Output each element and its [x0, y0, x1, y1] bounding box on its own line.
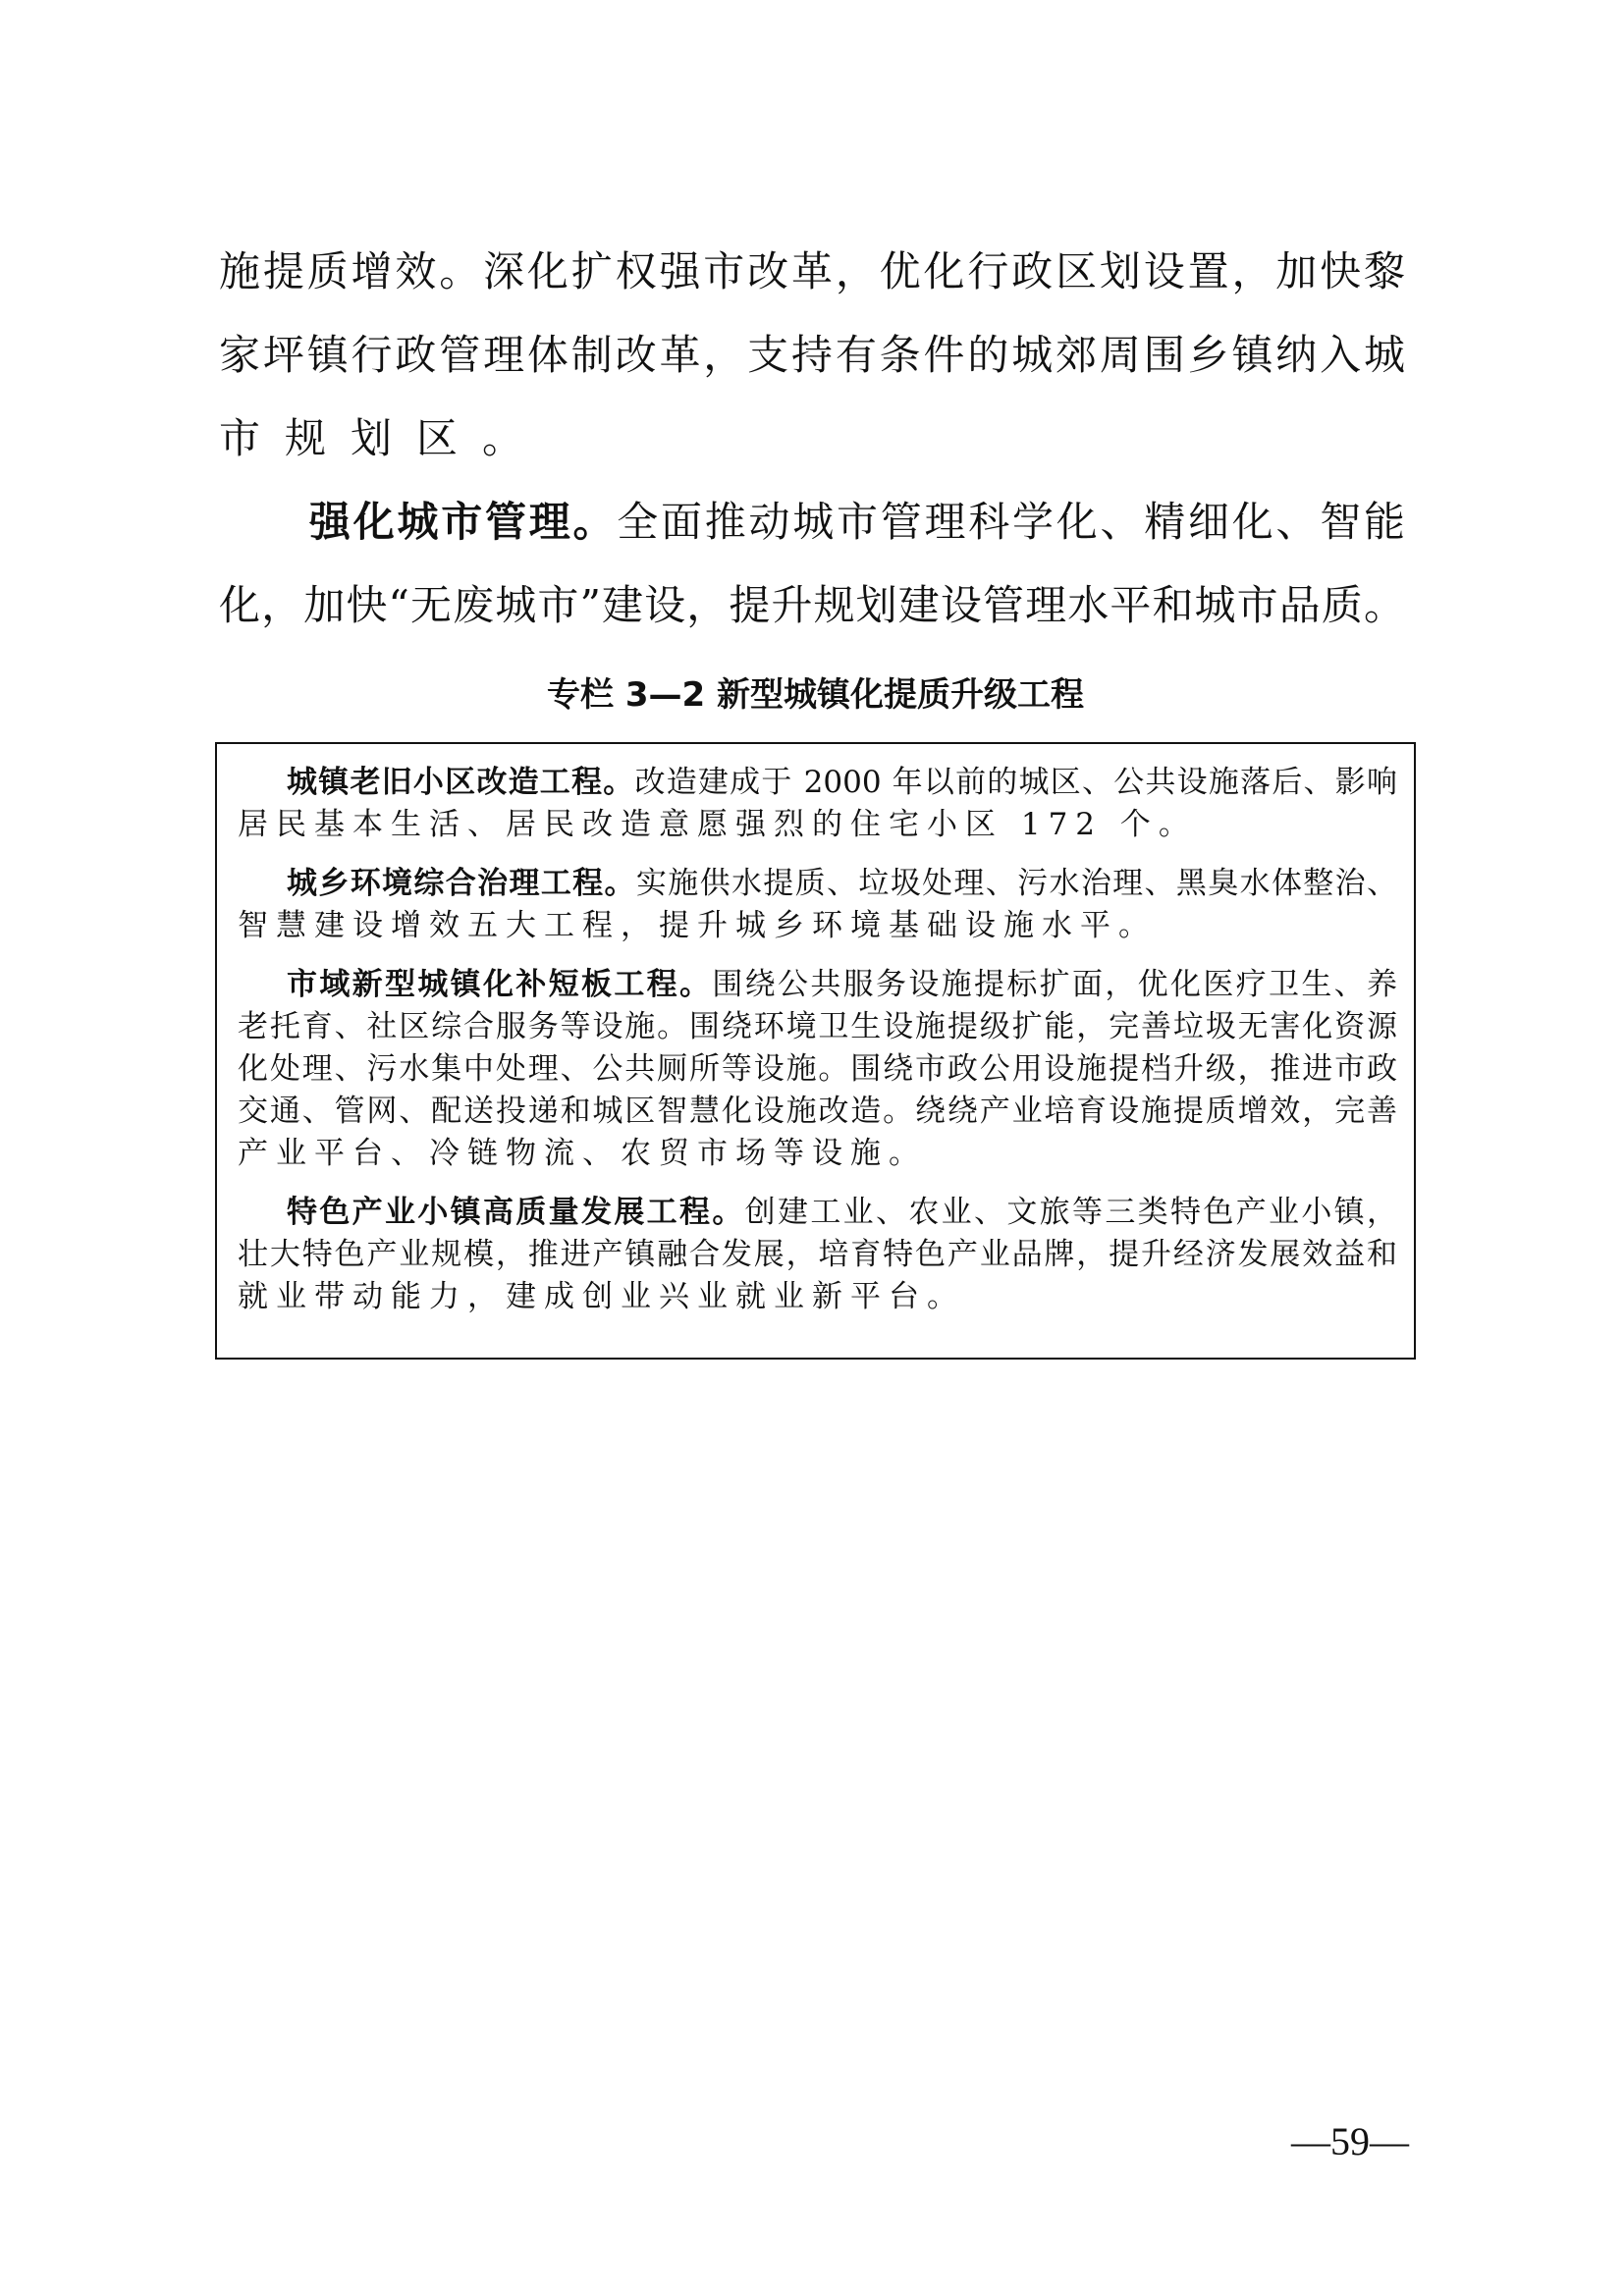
project-title: 城乡环境综合治理工程。 — [287, 866, 636, 901]
project-text: 实施供水提质、垃圾处理、污水治理、黑臭水体整治、 — [636, 866, 1397, 901]
text-line: 智慧建设增效五大工程，提升城乡环境基础设施水平。 — [238, 905, 1397, 947]
project-urbanization-gaps: 市域新型城镇化补短板工程。围绕公共服务设施提标扩面，优化医疗卫生、养 老托育、社… — [238, 964, 1397, 1175]
paragraph-administrative-reform: 施提质增效。深化扩权强市改革，优化行政区划设置，加快黎 家坪镇行政管理体制改革，… — [219, 230, 1405, 480]
text-line: 城乡环境综合治理工程。实施供水提质、垃圾处理、污水治理、黑臭水体整治、 — [238, 863, 1397, 905]
project-title: 特色产业小镇高质量发展工程。 — [287, 1195, 745, 1230]
page-number: —59— — [1286, 2118, 1414, 2165]
text-line: 特色产业小镇高质量发展工程。创建工业、农业、文旅等三类特色产业小镇， — [238, 1192, 1397, 1234]
project-environment: 城乡环境综合治理工程。实施供水提质、垃圾处理、污水治理、黑臭水体整治、 智慧建设… — [238, 863, 1397, 947]
text-line: 就业带动能力，建成创业兴业就业新平台。 — [238, 1276, 1397, 1318]
paragraph-body-text: 全面推动城市管理科学化、精细化、智能 — [617, 498, 1405, 546]
project-text: 围绕公共服务设施提标扩面，优化医疗卫生、养 — [712, 967, 1397, 1002]
column-title: 专栏 3—2 新型城镇化提质升级工程 — [215, 671, 1416, 719]
project-text: 创建工业、农业、文旅等三类特色产业小镇， — [745, 1195, 1397, 1230]
text-line: 交通、管网、配送投递和城区智慧化设施改造。绕绕产业培育设施提质增效，完善 — [238, 1091, 1397, 1133]
column-box: 城镇老旧小区改造工程。改造建成于 2000 年以前的城区、公共设施落后、影响 居… — [215, 742, 1416, 1360]
text-line: 居民基本生活、居民改造意愿强烈的住宅小区 172 个。 — [238, 804, 1397, 846]
text-line: 壮大特色产业规模，推进产镇融合发展，培育特色产业品牌，提升经济发展效益和 — [238, 1234, 1397, 1276]
text-line: 老托育、社区综合服务等设施。围绕环境卫生设施提级扩能，完善垃圾无害化资源 — [238, 1006, 1397, 1048]
project-old-communities: 城镇老旧小区改造工程。改造建成于 2000 年以前的城区、公共设施落后、影响 居… — [238, 762, 1397, 846]
text-line: 城镇老旧小区改造工程。改造建成于 2000 年以前的城区、公共设施落后、影响 — [238, 762, 1397, 804]
text-line: 产业平台、冷链物流、农贸市场等设施。 — [238, 1133, 1397, 1175]
project-title: 城镇老旧小区改造工程。 — [287, 765, 634, 800]
paragraph-lead-heading: 强化城市管理。 — [309, 498, 617, 546]
paragraph-city-management: 强化城市管理。全面推动城市管理科学化、精细化、智能 化，加快“无废城市”建设，提… — [219, 480, 1405, 647]
text-line: 市域新型城镇化补短板工程。围绕公共服务设施提标扩面，优化医疗卫生、养 — [238, 964, 1397, 1006]
text-line: 施提质增效。深化扩权强市改革，优化行政区划设置，加快黎 — [219, 230, 1405, 313]
project-characteristic-towns: 特色产业小镇高质量发展工程。创建工业、农业、文旅等三类特色产业小镇， 壮大特色产… — [238, 1192, 1397, 1318]
text-line: 强化城市管理。全面推动城市管理科学化、精细化、智能 — [219, 480, 1405, 563]
column-content: 城镇老旧小区改造工程。改造建成于 2000 年以前的城区、公共设施落后、影响 居… — [238, 762, 1397, 1335]
text-line: 市规划区。 — [219, 397, 1405, 480]
text-line: 化处理、污水集中处理、公共厕所等设施。围绕市政公用设施提档升级，推进市政 — [238, 1048, 1397, 1091]
text-line: 化，加快“无废城市”建设，提升规划建设管理水平和城市品质。 — [219, 563, 1405, 647]
main-text: 施提质增效。深化扩权强市改革，优化行政区划设置，加快黎 家坪镇行政管理体制改革，… — [219, 230, 1405, 647]
project-title: 市域新型城镇化补短板工程。 — [287, 967, 712, 1002]
text-line: 家坪镇行政管理体制改革，支持有条件的城郊周围乡镇纳入城 — [219, 313, 1405, 397]
project-text: 改造建成于 2000 年以前的城区、公共设施落后、影响 — [634, 765, 1397, 800]
